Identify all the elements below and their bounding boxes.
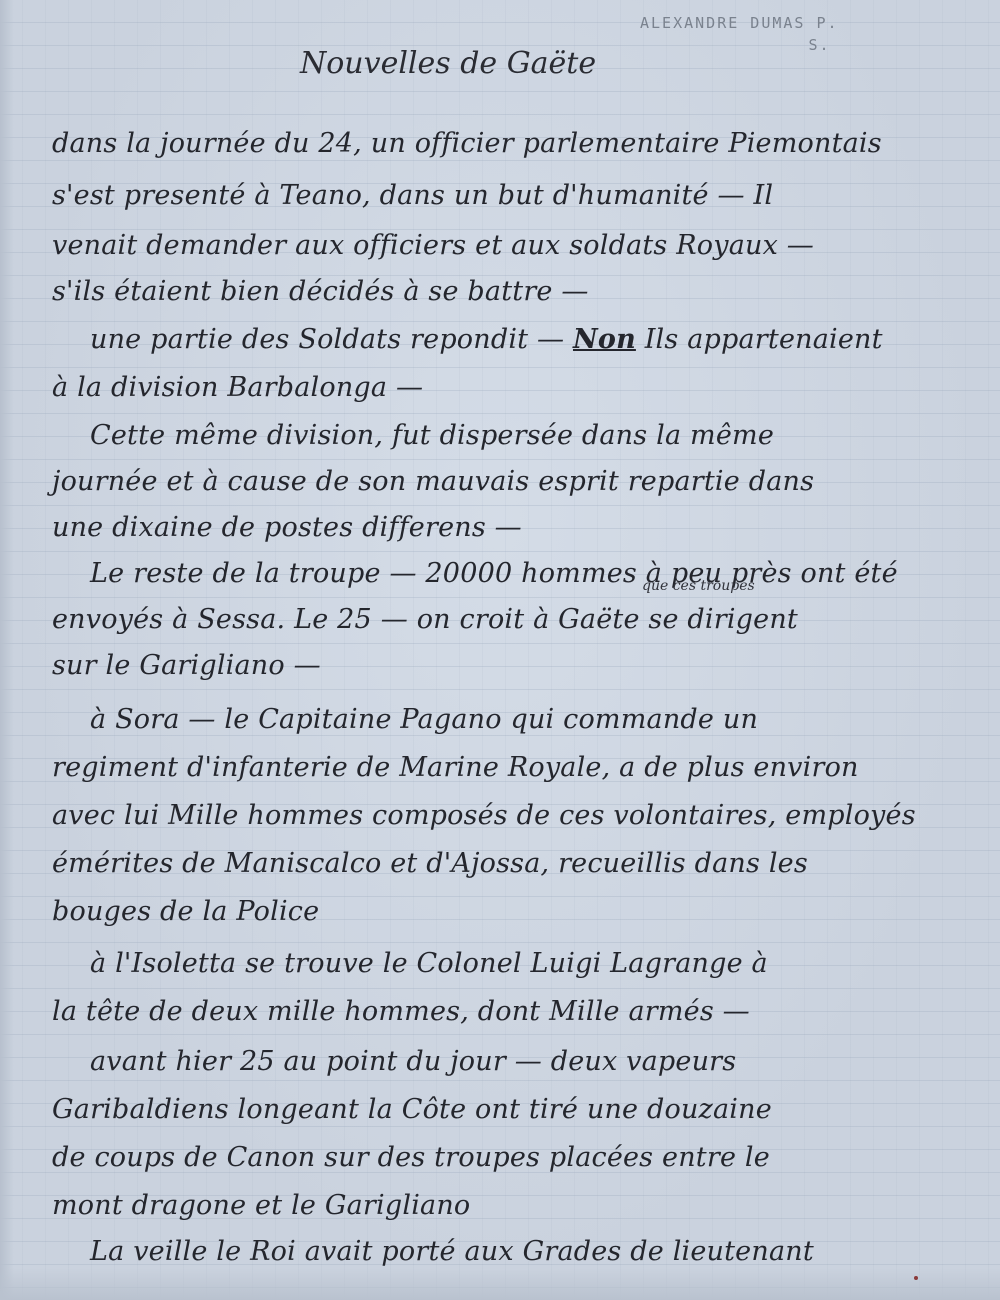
text-line: regiment d'infanterie de Marine Royale, … xyxy=(52,752,859,783)
text-line: la tête de deux mille hommes, dont Mille… xyxy=(52,996,750,1027)
text-line: envoyés à Sessa. Le 25 — on croit à Gaët… xyxy=(52,604,798,635)
text-segment: Ils appartenaient xyxy=(636,324,883,355)
text-line: une partie des Soldats repondit — Non Il… xyxy=(90,324,883,355)
text-line: à l'Isoletta se trouve le Colonel Luigi … xyxy=(90,948,768,979)
interlinear-note: que ces troupes xyxy=(642,578,755,594)
text-line: Garibaldiens longeant la Côte ont tiré u… xyxy=(52,1094,772,1125)
text-line: journée et à cause de son mauvais esprit… xyxy=(52,466,814,497)
paper-edge xyxy=(0,0,14,1300)
ink-spot xyxy=(914,1276,918,1280)
manuscript-page: ALEXANDRE DUMAS P. S. Nouvelles de Gaëte… xyxy=(0,0,1000,1300)
text-line: mont dragone et le Garigliano xyxy=(52,1190,470,1221)
text-line: La veille le Roi avait porté aux Grades … xyxy=(90,1236,814,1267)
paper-fold xyxy=(0,1268,1000,1300)
text-line: une dixaine de postes differens — xyxy=(52,512,522,543)
text-line: avec lui Mille hommes composés de ces vo… xyxy=(52,800,916,831)
page-title: Nouvelles de Gaëte xyxy=(300,46,596,81)
text-line: Le reste de la troupe — 20000 hommes à p… xyxy=(90,558,898,589)
text-line: s'est presenté à Teano, dans un but d'hu… xyxy=(52,180,773,211)
archive-stamp-text: ALEXANDRE DUMAS P. xyxy=(640,14,839,32)
text-line: s'ils étaient bien décidés à se battre — xyxy=(52,276,589,307)
text-line: émérites de Maniscalco et d'Ajossa, recu… xyxy=(52,848,808,879)
archive-stamp: ALEXANDRE DUMAS P. S. xyxy=(640,12,839,56)
emphasized-word: Non xyxy=(573,324,636,355)
text-line: Cette même division, fut dispersée dans … xyxy=(90,420,774,451)
text-line: avant hier 25 au point du jour — deux va… xyxy=(90,1046,736,1077)
text-line: à Sora — le Capitaine Pagano qui command… xyxy=(90,704,758,735)
text-line: à la division Barbalonga — xyxy=(52,372,423,403)
text-line: de coups de Canon sur des troupes placée… xyxy=(52,1142,770,1173)
text-line: sur le Garigliano — xyxy=(52,650,321,681)
text-line: venait demander aux officiers et aux sol… xyxy=(52,230,814,261)
text-line: dans la journée du 24, un officier parle… xyxy=(52,128,882,159)
text-segment: une partie des Soldats repondit — xyxy=(90,324,573,355)
text-line: bouges de la Police xyxy=(52,896,319,927)
archive-stamp-sub: S. xyxy=(640,34,839,56)
